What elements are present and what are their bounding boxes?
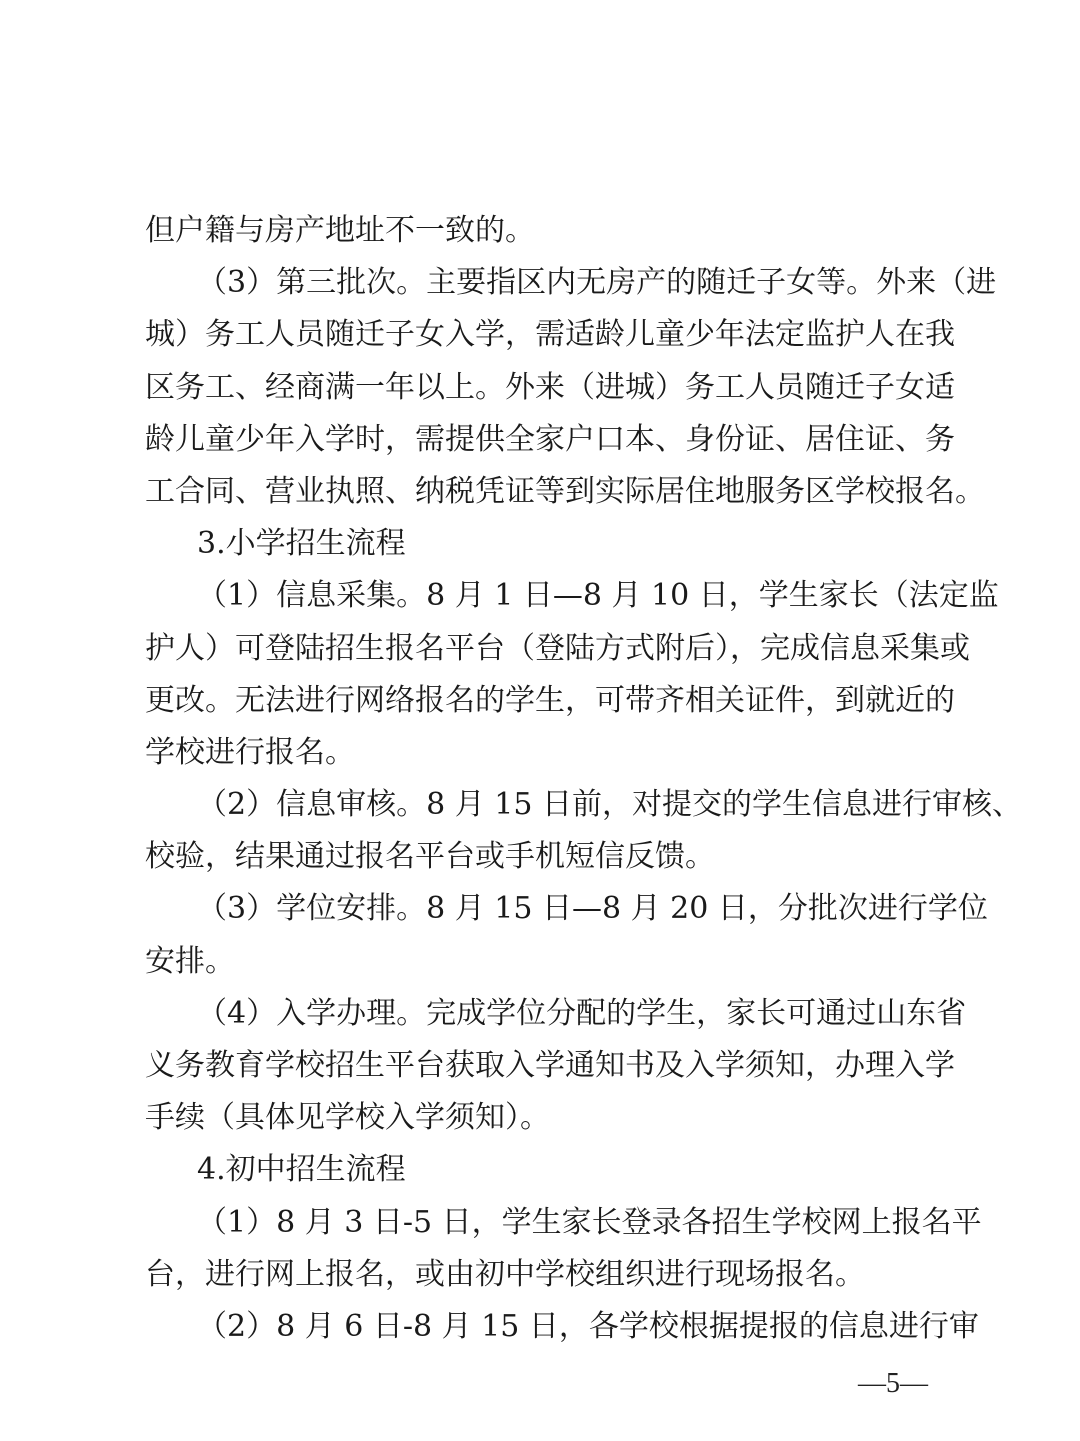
paragraph-line: 城）务工人员随迁子女入学，需适龄儿童少年法定监护人在我 — [145, 309, 937, 361]
paragraph-line: 台，进行网上报名，或由初中学校组织进行现场报名。 — [145, 1249, 937, 1301]
paragraph-line: 区务工、经商满一年以上。外来（进城）务工人员随迁子女适 — [145, 362, 937, 414]
paragraph-line: 护人）可登陆招生报名平台（登陆方式附后），完成信息采集或 — [145, 623, 937, 675]
paragraph-line: 更改。无法进行网络报名的学生，可带齐相关证件，到就近的 — [145, 675, 937, 727]
paragraph-line-online-registration: （1）8 月 3 日-5 日，学生家长登录各招生学校网上报名平 — [145, 1197, 937, 1249]
paragraph-line-enrollment-processing: （4）入学办理。完成学位分配的学生，家长可通过山东省 — [145, 988, 937, 1040]
paragraph-line: 安排。 — [145, 936, 937, 988]
section-heading-middle-school-enrollment: 4.初中招生流程 — [145, 1144, 937, 1196]
paragraph-line-third-batch: （3）第三批次。主要指区内无房产的随迁子女等。外来（进 — [145, 257, 937, 309]
document-page: 但户籍与房产地址不一致的。 （3）第三批次。主要指区内无房产的随迁子女等。外来（… — [145, 205, 937, 1353]
paragraph-line: 校验，结果通过报名平台或手机短信反馈。 — [145, 831, 937, 883]
page-number: —5— — [858, 1368, 928, 1400]
section-heading-primary-enrollment: 3.小学招生流程 — [145, 518, 937, 570]
paragraph-line: 手续（具体见学校入学须知）。 — [145, 1092, 937, 1144]
paragraph-line: 但户籍与房产地址不一致的。 — [145, 205, 937, 257]
paragraph-line: 学校进行报名。 — [145, 727, 937, 779]
paragraph-line: 工合同、营业执照、纳税凭证等到实际居住地服务区学校报名。 — [145, 466, 937, 518]
paragraph-line: 义务教育学校招生平台获取入学通知书及入学须知，办理入学 — [145, 1040, 937, 1092]
paragraph-line-school-review: （2）8 月 6 日-8 月 15 日，各学校根据提报的信息进行审 — [145, 1301, 937, 1353]
paragraph-line-info-review: （2）信息审核。8 月 15 日前，对提交的学生信息进行审核、 — [145, 779, 937, 831]
paragraph-line-seat-arrangement: （3）学位安排。8 月 15 日—8 月 20 日，分批次进行学位 — [145, 883, 937, 935]
paragraph-line-info-collection: （1）信息采集。8 月 1 日—8 月 10 日，学生家长（法定监 — [145, 570, 937, 622]
paragraph-line: 龄儿童少年入学时，需提供全家户口本、身份证、居住证、务 — [145, 414, 937, 466]
